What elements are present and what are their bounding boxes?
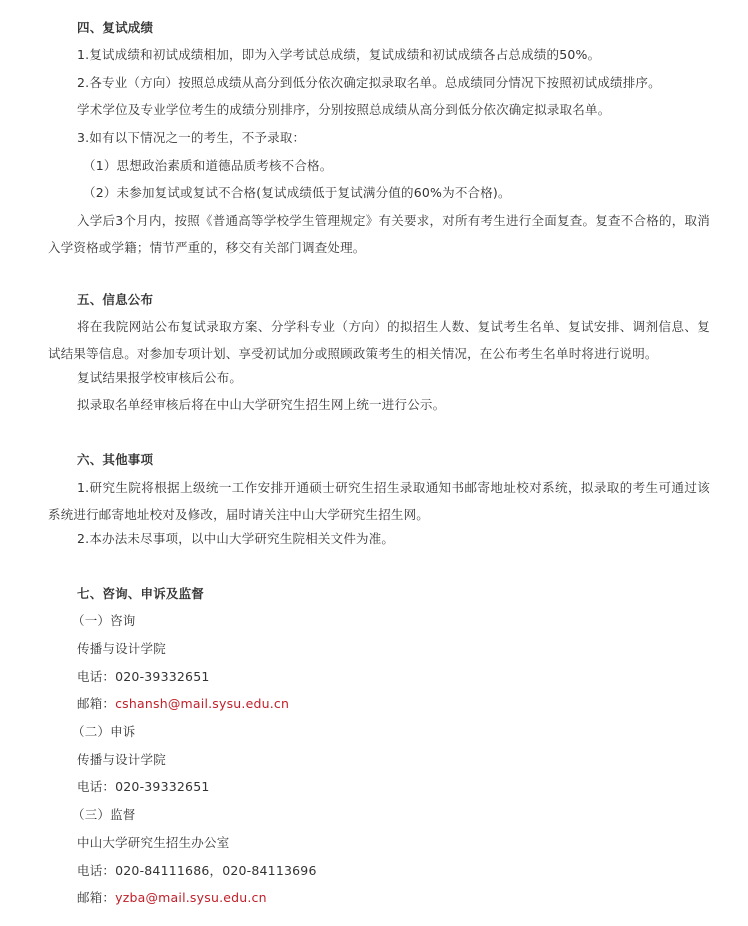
section-heading-contact: 七、咨询、申诉及监督 [77, 580, 737, 607]
paragraph: 3.如有以下情况之一的考生，不予录取： [77, 124, 737, 151]
paragraph: 2.本办法未尽事项，以中山大学研究生院相关文件为准。 [77, 525, 737, 552]
phone-label: 电话： [77, 779, 115, 794]
consult-phone-line: 电话：020-39332651 [77, 663, 737, 690]
paragraph: 入学后3个月内，按照《普通高等学校学生管理规定》有关要求，对所有考生进行全面复查… [48, 207, 710, 261]
supervise-phone-line: 电话：020-84111686，020-84113696 [77, 857, 737, 884]
supervise-email-line: 邮箱：yzba@mail.sysu.edu.cn [77, 884, 737, 911]
list-item: （1）思想政治素质和道德品质考核不合格。 [83, 152, 743, 179]
supervise-title: （三）监督 [72, 801, 732, 828]
paragraph: 1.复试成绩和初试成绩相加，即为入学考试总成绩，复试成绩和初试成绩各占总成绩的5… [77, 41, 737, 68]
phone-label: 电话： [77, 863, 115, 878]
email-label: 邮箱： [77, 890, 115, 905]
supervise-email-link[interactable]: yzba@mail.sysu.edu.cn [115, 890, 267, 905]
appeal-phone-line: 电话：020-39332651 [77, 773, 737, 800]
consult-org: 传播与设计学院 [77, 635, 737, 662]
paragraph: 复试结果报学校审核后公布。 [77, 364, 737, 391]
appeal-title: （二）申诉 [72, 718, 732, 745]
phone-label: 电话： [77, 669, 115, 684]
consult-email-link[interactable]: cshansh@mail.sysu.edu.cn [115, 696, 289, 711]
supervise-org: 中山大学研究生招生办公室 [77, 829, 737, 856]
section-heading-info: 五、信息公布 [77, 286, 737, 313]
paragraph: 2.各专业（方向）按照总成绩从高分到低分依次确定拟录取名单。总成绩同分情况下按照… [77, 69, 737, 96]
paragraph: 1.研究生院将根据上级统一工作安排开通硕士研究生招生录取通知书邮寄地址校对系统，… [48, 474, 710, 528]
consult-title: （一）咨询 [72, 607, 732, 634]
section-heading-other: 六、其他事项 [77, 446, 737, 473]
list-item: （2）未参加复试或复试不合格(复试成绩低于复试满分值的60%为不合格)。 [83, 179, 743, 206]
appeal-org: 传播与设计学院 [77, 746, 737, 773]
consult-email-line: 邮箱：cshansh@mail.sysu.edu.cn [77, 690, 737, 717]
paragraph: 学术学位及专业学位考生的成绩分别排序，分别按照总成绩从高分到低分依次确定拟录取名… [77, 96, 737, 123]
email-label: 邮箱： [77, 696, 115, 711]
section-heading-scores: 四、复试成绩 [77, 14, 737, 41]
document-body: 四、复试成绩 1.复试成绩和初试成绩相加，即为入学考试总成绩，复试成绩和初试成绩… [0, 0, 748, 926]
paragraph: 将在我院网站公布复试录取方案、分学科专业（方向）的拟招生人数、复试考生名单、复试… [48, 313, 710, 367]
appeal-phone: 020-39332651 [115, 779, 209, 794]
paragraph: 拟录取名单经审核后将在中山大学研究生招生网上统一进行公示。 [77, 391, 737, 418]
consult-phone: 020-39332651 [115, 669, 209, 684]
supervise-phone: 020-84111686，020-84113696 [115, 863, 316, 878]
